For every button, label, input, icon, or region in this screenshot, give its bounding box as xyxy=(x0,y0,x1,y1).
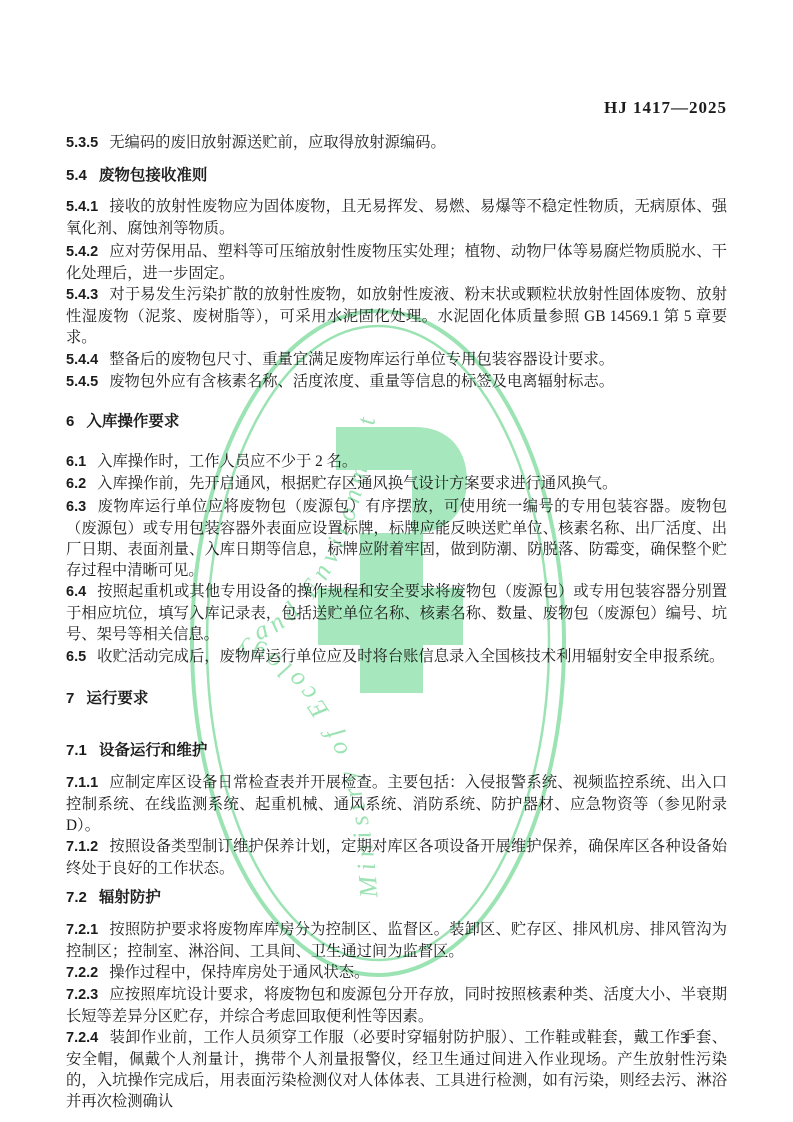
clause-5-4-1: 5.4.1接收的放射性废物应为固体废物，且无易挥发、易燃、易爆等不稳定性物质，无… xyxy=(66,196,727,239)
clause-number: 5.3.5 xyxy=(66,135,98,151)
clause-5-4-5: 5.4.5废物包外应有含核素名称、活度浓度、重量等信息的标签及电离辐射标志。 xyxy=(66,371,727,393)
clause-7-2-4: 7.2.4装卸作业前，工作人员须穿工作服（必要时穿辐射防护服）、工作鞋或鞋套，戴… xyxy=(66,1027,727,1112)
heading-number: 6 xyxy=(66,413,74,430)
clause-number: 7.2.2 xyxy=(66,965,98,981)
clause-6-5: 6.5收贮活动完成后，废物库运行单位应及时将台账信息录入全国核技术利用辐射安全申… xyxy=(66,646,727,668)
heading-number: 7.2 xyxy=(66,889,87,906)
clause-7-2-3: 7.2.3应按照库坑设计要求，将废物包和废源包分开存放，同时按照核素种类、活度大… xyxy=(66,984,727,1027)
clause-5-3-5: 5.3.5无编码的废旧放射源送贮前，应取得放射源编码。 xyxy=(66,132,727,154)
clause-text: 收贮活动完成后，废物库运行单位应及时将台账信息录入全国核技术利用辐射安全申报系统… xyxy=(97,648,724,665)
clause-6-2: 6.2入库操作前，先开启通风，根据贮存区通风换气设计方案要求进行通风换气。 xyxy=(66,473,727,495)
heading-number: 7.1 xyxy=(66,742,87,759)
clause-text: 操作过程中，保持库房处于通风状态。 xyxy=(109,964,369,981)
heading-number: 7 xyxy=(66,690,74,707)
clause-7-2-1: 7.2.1按照防护要求将废物库库房分为控制区、监督区。装卸区、贮存区、排风机房、… xyxy=(66,919,727,962)
clause-number: 6.2 xyxy=(66,476,86,492)
clause-text: 废物库运行单位应将废物包（废源包）有序摆放，可使用统一编号的专用包装容器。废物包… xyxy=(66,498,727,579)
clause-7-2-2: 7.2.2操作过程中，保持库房处于通风状态。 xyxy=(66,962,727,984)
clause-5-4-3: 5.4.3对于易发生污染扩散的放射性废物，如放射性废液、粉末状或颗粒状放射性固体… xyxy=(66,284,727,348)
clause-text: 应制定库区设备日常检查表并开展检查。主要包括：入侵报警系统、视频监控系统、出入口… xyxy=(66,774,727,834)
heading-7-2: 7.2辐射防护 xyxy=(66,887,727,908)
clause-text: 按照设备类型制订维护保养计划，定期对库区各项设备开展维护保养，确保库区各种设备始… xyxy=(66,838,727,877)
clause-number: 7.2.3 xyxy=(66,987,98,1003)
clause-number: 7.1.1 xyxy=(66,775,98,791)
clause-6-4: 6.4按照起重机或其他专用设备的操作规程和安全要求将废物包（废源包）或专用包装容… xyxy=(66,581,727,645)
clause-5-4-4: 5.4.4整备后的废物包尺寸、重量宜满足废物库运行单位专用包装容器设计要求。 xyxy=(66,349,727,371)
clause-text: 对于易发生污染扩散的放射性废物，如放射性废液、粉末状或颗粒状放射性固体废物、放射… xyxy=(66,286,727,346)
clause-number: 5.4.4 xyxy=(66,352,98,368)
heading-text: 入库操作要求 xyxy=(86,413,179,430)
clause-text: 无编码的废旧放射源送贮前，应取得放射源编码。 xyxy=(109,134,446,151)
clause-text: 废物包外应有含核素名称、活度浓度、重量等信息的标签及电离辐射标志。 xyxy=(109,373,614,390)
clause-text: 按照起重机或其他专用设备的操作规程和安全要求将废物包（废源包）或专用包装容器分别… xyxy=(66,583,727,643)
clause-text: 应对劳保用品、塑料等可压缩放射性废物压实处理；植物、动物尸体等易腐烂物质脱水、干… xyxy=(66,243,727,282)
clause-number: 5.4.1 xyxy=(66,199,98,215)
heading-7: 7运行要求 xyxy=(66,688,727,709)
page-number: 3 xyxy=(680,1030,688,1048)
clause-text: 装卸作业前，工作人员须穿工作服（必要时穿辐射防护服）、工作鞋或鞋套，戴工作手套、… xyxy=(66,1029,727,1110)
document-page: Ministry of Ecology and Environment HJ 1… xyxy=(0,0,793,1122)
clause-text: 整备后的废物包尺寸、重量宜满足废物库运行单位专用包装容器设计要求。 xyxy=(109,351,614,368)
clause-number: 5.4.2 xyxy=(66,244,98,260)
clause-number: 5.4.3 xyxy=(66,287,98,303)
clause-number: 6.3 xyxy=(66,499,86,515)
clause-text: 接收的放射性废物应为固体废物，且无易挥发、易燃、易爆等不稳定性物质，无病原体、强… xyxy=(66,198,727,237)
clause-text: 应按照库坑设计要求，将废物包和废源包分开存放，同时按照核素种类、活度大小、半衰期… xyxy=(66,986,727,1025)
heading-text: 运行要求 xyxy=(86,690,148,707)
clause-6-1: 6.1入库操作时，工作人员应不少于 2 名。 xyxy=(66,451,727,473)
heading-7-1: 7.1设备运行和维护 xyxy=(66,740,727,761)
heading-text: 废物包接收准则 xyxy=(99,167,208,184)
heading-6: 6入库操作要求 xyxy=(66,411,727,432)
clause-text: 入库操作前，先开启通风，根据贮存区通风换气设计方案要求进行通风换气。 xyxy=(97,475,617,492)
clause-number: 5.4.5 xyxy=(66,374,98,390)
clause-6-3: 6.3废物库运行单位应将废物包（废源包）有序摆放，可使用统一编号的专用包装容器。… xyxy=(66,496,727,581)
clause-7-1-1: 7.1.1应制定库区设备日常检查表并开展检查。主要包括：入侵报警系统、视频监控系… xyxy=(66,772,727,836)
clause-7-1-2: 7.1.2按照设备类型制订维护保养计划，定期对库区各项设备开展维护保养，确保库区… xyxy=(66,836,727,879)
clause-number: 6.4 xyxy=(66,584,86,600)
heading-text: 设备运行和维护 xyxy=(99,742,208,759)
clause-5-4-2: 5.4.2应对劳保用品、塑料等可压缩放射性废物压实处理；植物、动物尸体等易腐烂物… xyxy=(66,241,727,284)
heading-text: 辐射防护 xyxy=(99,889,161,906)
clause-number: 7.2.1 xyxy=(66,922,98,938)
clause-number: 7.2.4 xyxy=(66,1030,98,1046)
clause-number: 6.1 xyxy=(66,454,86,470)
clause-text: 入库操作时，工作人员应不少于 2 名。 xyxy=(97,453,357,470)
doc-code: HJ 1417—2025 xyxy=(604,98,727,118)
clause-number: 7.1.2 xyxy=(66,839,98,855)
clause-number: 6.5 xyxy=(66,649,86,665)
heading-number: 5.4 xyxy=(66,167,87,184)
document-body: 5.3.5无编码的废旧放射源送贮前，应取得放射源编码。 5.4废物包接收准则 5… xyxy=(0,0,793,1112)
clause-text: 按照防护要求将废物库库房分为控制区、监督区。装卸区、贮存区、排风机房、排风管沟为… xyxy=(66,921,727,960)
heading-5-4: 5.4废物包接收准则 xyxy=(66,165,727,186)
